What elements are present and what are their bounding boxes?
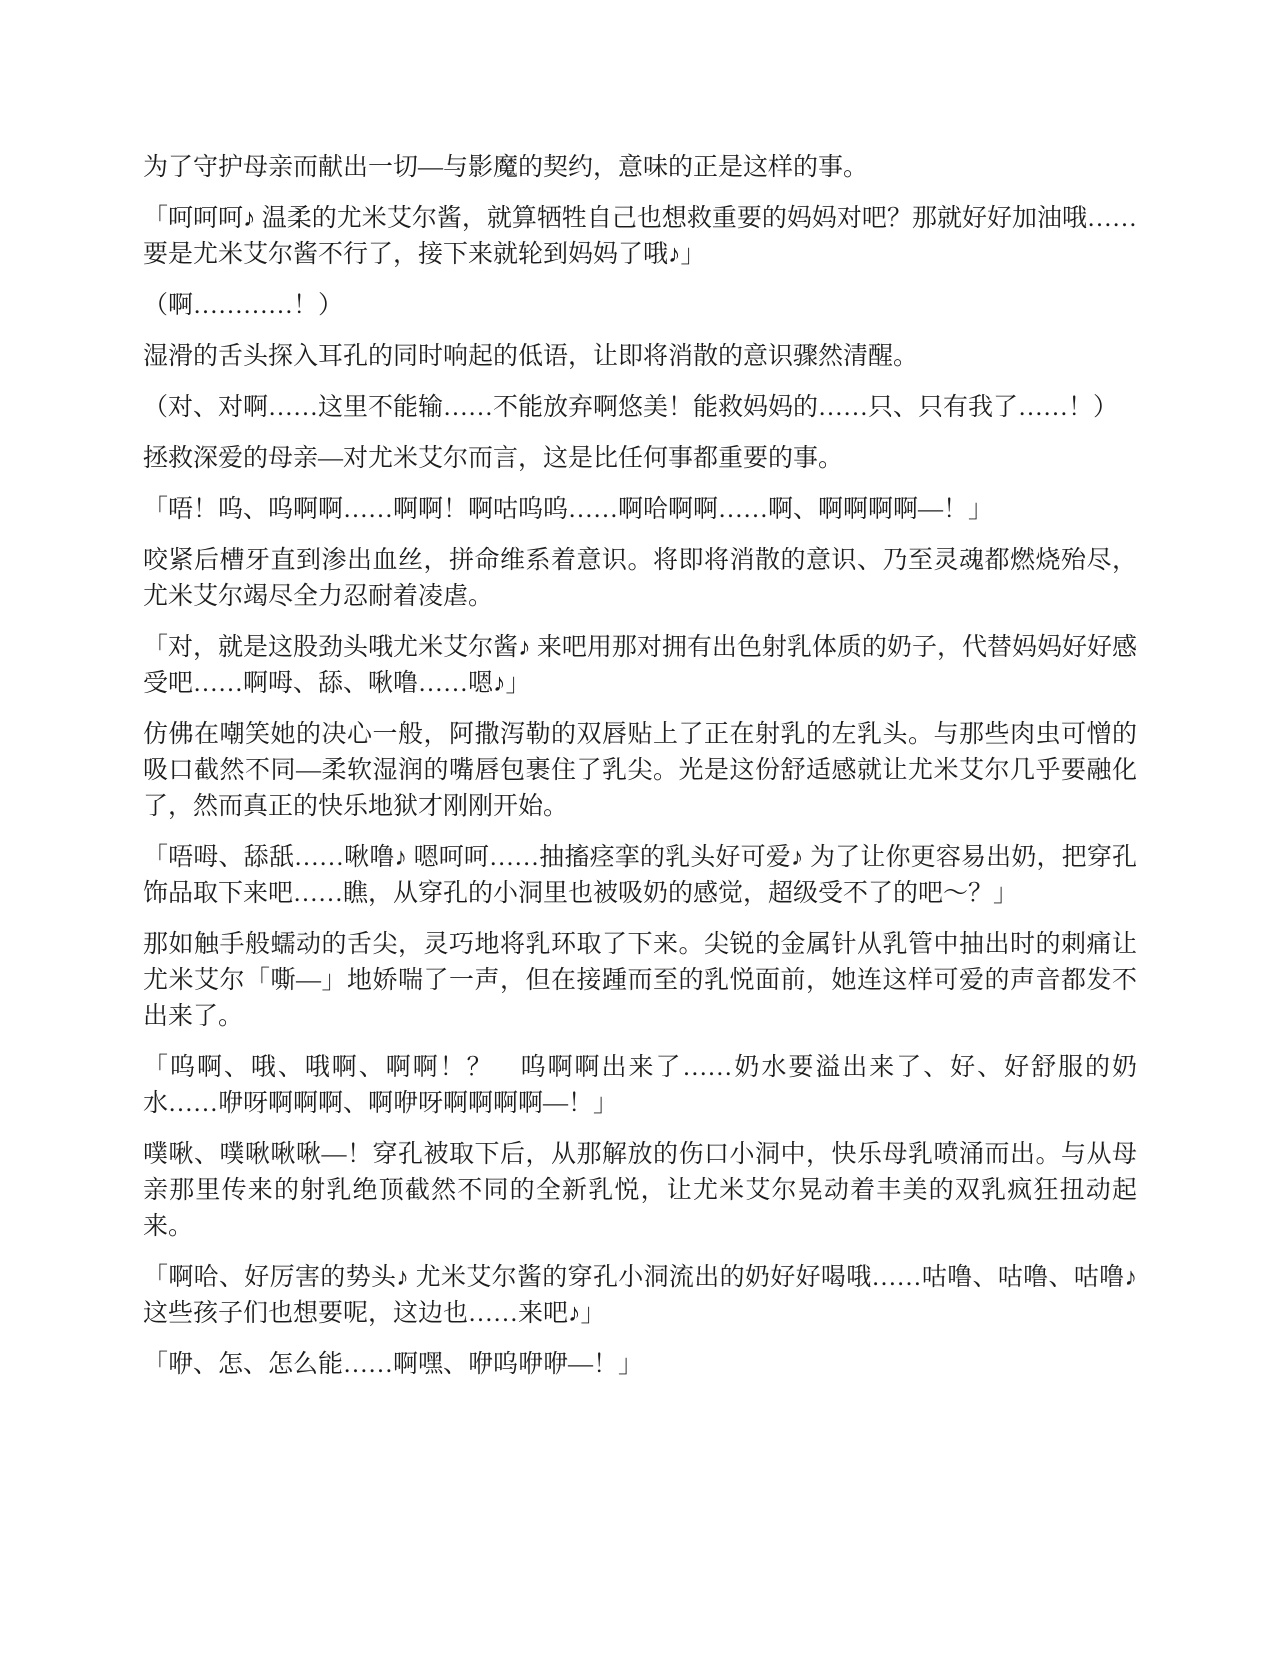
document-page: 为了守护母亲而献出一切—与影魔的契约，意味的正是这样的事。「呵呵呵♪ 温柔的尤米… [0, 0, 1280, 1656]
paragraph: 「啊哈、好厉害的势头♪ 尤米艾尔酱的穿孔小洞流出的奶好好喝哦……咕噜、咕噜、咕噜… [143, 1260, 1137, 1332]
paragraph: 「对，就是这股劲头哦尤米艾尔酱♪ 来吧用那对拥有出色射乳体质的奶子，代替妈妈好好… [143, 630, 1137, 702]
paragraph: 湿滑的舌头探入耳孔的同时响起的低语，让即将消散的意识骤然清醒。 [143, 339, 1137, 375]
paragraph: 「唔呣、舔舐……啾噜♪ 嗯呵呵……抽搐痉挛的乳头好可爱♪ 为了让你更容易出奶，把… [143, 840, 1137, 912]
paragraph: （啊…………！） [143, 288, 1137, 324]
paragraph: 「咿、怎、怎么能……啊嘿、咿呜咿咿—！」 [143, 1347, 1137, 1383]
paragraph: 噗啾、噗啾啾啾—！穿孔被取下后，从那解放的伤口小洞中，快乐母乳喷涌而出。与从母亲… [143, 1137, 1137, 1245]
paragraph: 为了守护母亲而献出一切—与影魔的契约，意味的正是这样的事。 [143, 150, 1137, 186]
paragraph: 咬紧后槽牙直到渗出血丝，拼命维系着意识。将即将消散的意识、乃至灵魂都燃烧殆尽，尤… [143, 543, 1137, 615]
paragraph: 仿佛在嘲笑她的决心一般，阿撒泻勒的双唇贴上了正在射乳的左乳头。与那些肉虫可憎的吸… [143, 717, 1137, 825]
paragraph: 「呜啊、哦、哦啊、啊啊！？ 呜啊啊出来了……奶水要溢出来了、好、好舒服的奶水……… [143, 1050, 1137, 1122]
paragraph: 「呵呵呵♪ 温柔的尤米艾尔酱，就算牺牲自己也想救重要的妈妈对吧？那就好好加油哦…… [143, 201, 1137, 273]
paragraph: 「唔！呜、呜啊啊……啊啊！啊咕呜呜……啊哈啊啊……啊、啊啊啊啊—！」 [143, 492, 1137, 528]
document-content: 为了守护母亲而献出一切—与影魔的契约，意味的正是这样的事。「呵呵呵♪ 温柔的尤米… [143, 150, 1137, 1398]
paragraph: 拯救深爱的母亲—对尤米艾尔而言，这是比任何事都重要的事。 [143, 441, 1137, 477]
paragraph: （对、对啊……这里不能输……不能放弃啊悠美！能救妈妈的……只、只有我了……！） [143, 390, 1137, 426]
paragraph: 那如触手般蠕动的舌尖，灵巧地将乳环取了下来。尖锐的金属针从乳管中抽出时的刺痛让尤… [143, 927, 1137, 1035]
